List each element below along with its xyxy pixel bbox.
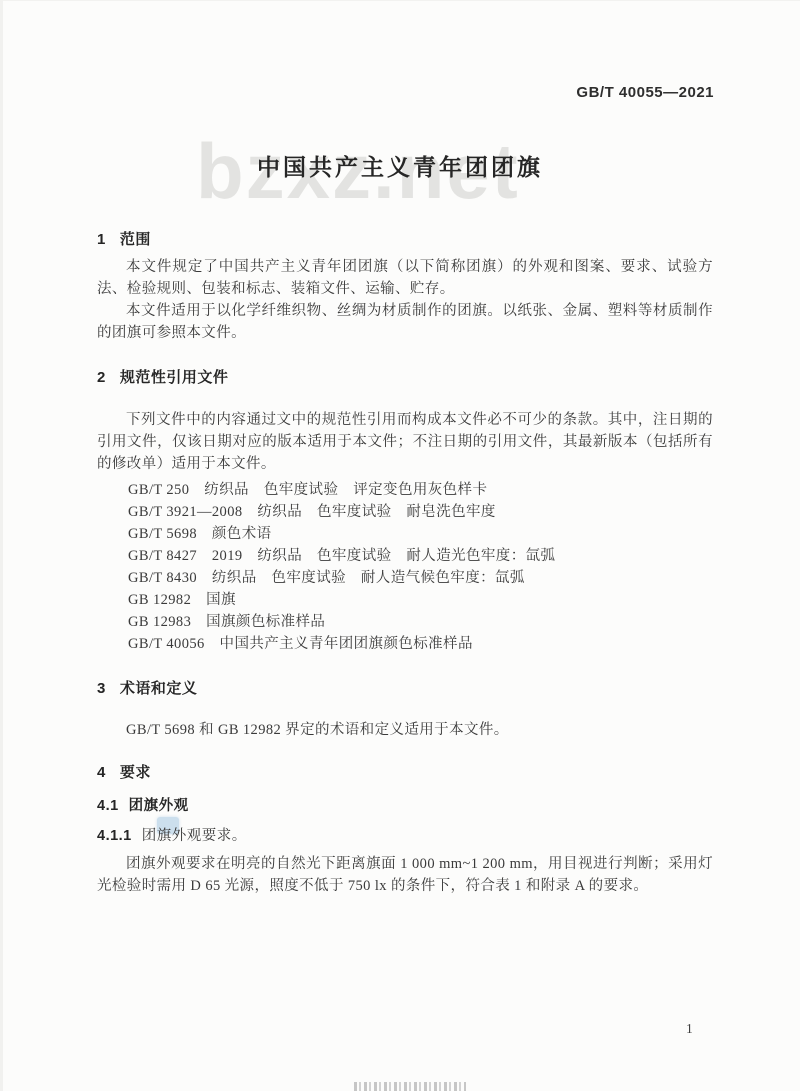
reference-item: GB/T 8430 纺织品 色牢度试验 耐人造气候色牢度：氙弧 <box>128 567 744 589</box>
scope-paragraph-1: 本文件规定了中国共产主义青年团团旗（以下简称团旗）的外观和图案、要求、试验方法、… <box>97 256 713 300</box>
section-4-1-heading: 4.1团旗外观 <box>97 794 713 815</box>
standard-number: GB/T 40055—2021 <box>576 84 714 101</box>
document-title: 中国共产主义青年团团旗 <box>0 149 800 182</box>
section-4-1-1-heading: 4.1.1团旗外观要求。 <box>97 824 713 845</box>
scope-paragraph-2: 本文件适用于以化学纤维织物、丝绸为材质制作的团旗。以纸张、金属、塑料等材质制作的… <box>97 300 713 344</box>
section-1-title: 范围 <box>120 231 151 248</box>
reference-item: GB/T 8427 2019 纺织品 色牢度试验 耐人造光色牢度：氙弧 <box>128 545 744 567</box>
scanned-standard-page: bzxz.net GB/T 40055—2021 中国共产主义青年团团旗 1范围… <box>0 0 800 1091</box>
section-1-number: 1 <box>97 231 106 248</box>
section-4-heading: 4要求 <box>97 761 713 782</box>
section-1-heading: 1范围 <box>97 228 713 249</box>
normative-refs-intro: 下列文件中的内容通过文中的规范性引用而构成本文件必不可少的条款。其中，注日期的引… <box>97 409 713 475</box>
reference-item: GB/T 40056 中国共产主义青年团团旗颜色标准样品 <box>128 633 744 655</box>
section-3-number: 3 <box>97 680 106 697</box>
reference-item: GB/T 5698 颜色术语 <box>128 523 744 545</box>
section-4-1-1-number: 4.1.1 <box>97 828 132 844</box>
normative-references-list: GB/T 250 纺织品 色牢度试验 评定变色用灰色样卡 GB/T 3921—2… <box>97 479 744 655</box>
section-4-1-number: 4.1 <box>97 798 119 814</box>
section-4-number: 4 <box>97 764 106 781</box>
reference-item: GB/T 250 纺织品 色牢度试验 评定变色用灰色样卡 <box>128 479 744 501</box>
terms-paragraph: GB/T 5698 和 GB 12982 界定的术语和定义适用于本文件。 <box>97 719 713 741</box>
section-2-heading: 2规范性引用文件 <box>97 366 713 387</box>
section-2-title: 规范性引用文件 <box>120 369 229 386</box>
cut-off-footer-text-artifact <box>354 1082 466 1091</box>
section-2-number: 2 <box>97 369 106 386</box>
reference-item: GB 12983 国旗颜色标准样品 <box>128 611 744 633</box>
section-4-1-1-text: 团旗外观要求。 <box>142 828 247 844</box>
reference-item: GB/T 3921—2008 纺织品 色牢度试验 耐皂洗色牢度 <box>128 501 744 523</box>
section-4-1-title: 团旗外观 <box>129 798 189 814</box>
appearance-requirements-paragraph: 团旗外观要求在明亮的自然光下距离旗面 1 000 mm~1 200 mm，用目视… <box>97 853 713 897</box>
reference-item: GB 12982 国旗 <box>128 589 744 611</box>
section-3-heading: 3术语和定义 <box>97 677 713 698</box>
page-number: 1 <box>686 1021 693 1037</box>
section-4-title: 要求 <box>120 764 151 781</box>
section-3-title: 术语和定义 <box>120 680 198 697</box>
